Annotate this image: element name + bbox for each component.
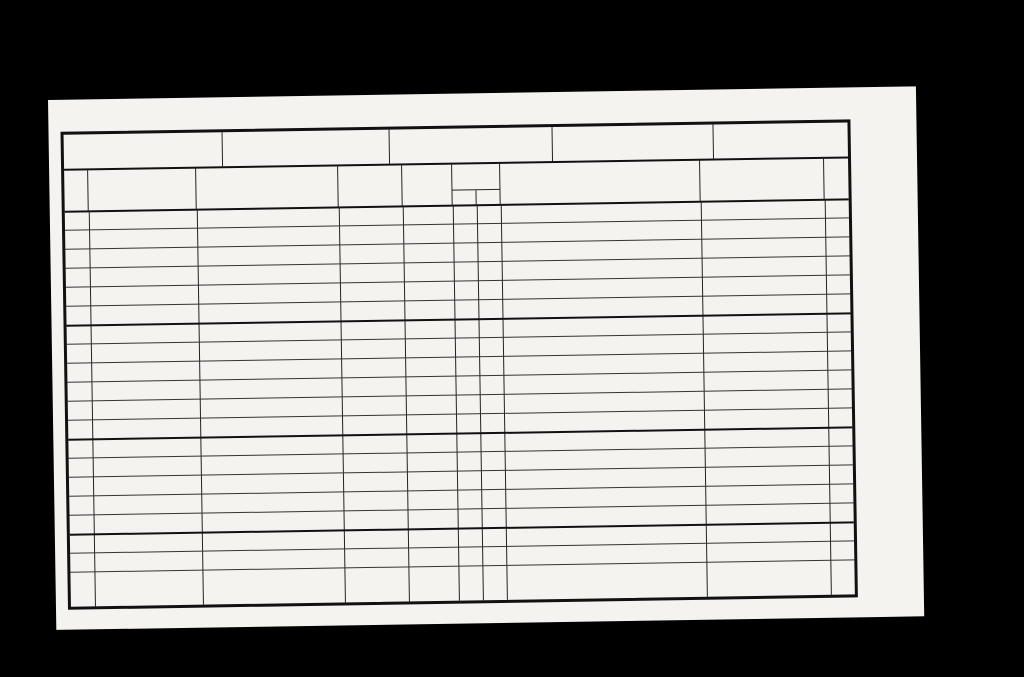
- town-label: [552, 125, 712, 130]
- col-age-females: [476, 190, 499, 204]
- col-condition: [402, 163, 453, 206]
- col-name: [196, 164, 339, 208]
- census-body: [65, 198, 855, 606]
- city-cell: [390, 127, 554, 164]
- col-occupation: [500, 159, 701, 204]
- town-cell: [552, 125, 714, 162]
- census-page: [48, 86, 924, 630]
- col-schedule: [64, 168, 89, 210]
- village-cell: [713, 122, 848, 158]
- ecclesiastical-label: [223, 130, 389, 135]
- census-table: [61, 119, 858, 609]
- col-street: [88, 167, 197, 211]
- col-blind: [824, 156, 849, 198]
- col-age-males: [452, 190, 476, 204]
- col-born: [700, 157, 825, 201]
- col-relation: [338, 163, 403, 206]
- city-label: [390, 127, 552, 132]
- parish-cell: [64, 132, 224, 168]
- col-age: [452, 162, 501, 205]
- ecclesiastical-cell: [223, 130, 391, 167]
- col-age-label: [452, 162, 499, 191]
- village-label: [713, 122, 847, 126]
- parish-label: [64, 132, 222, 136]
